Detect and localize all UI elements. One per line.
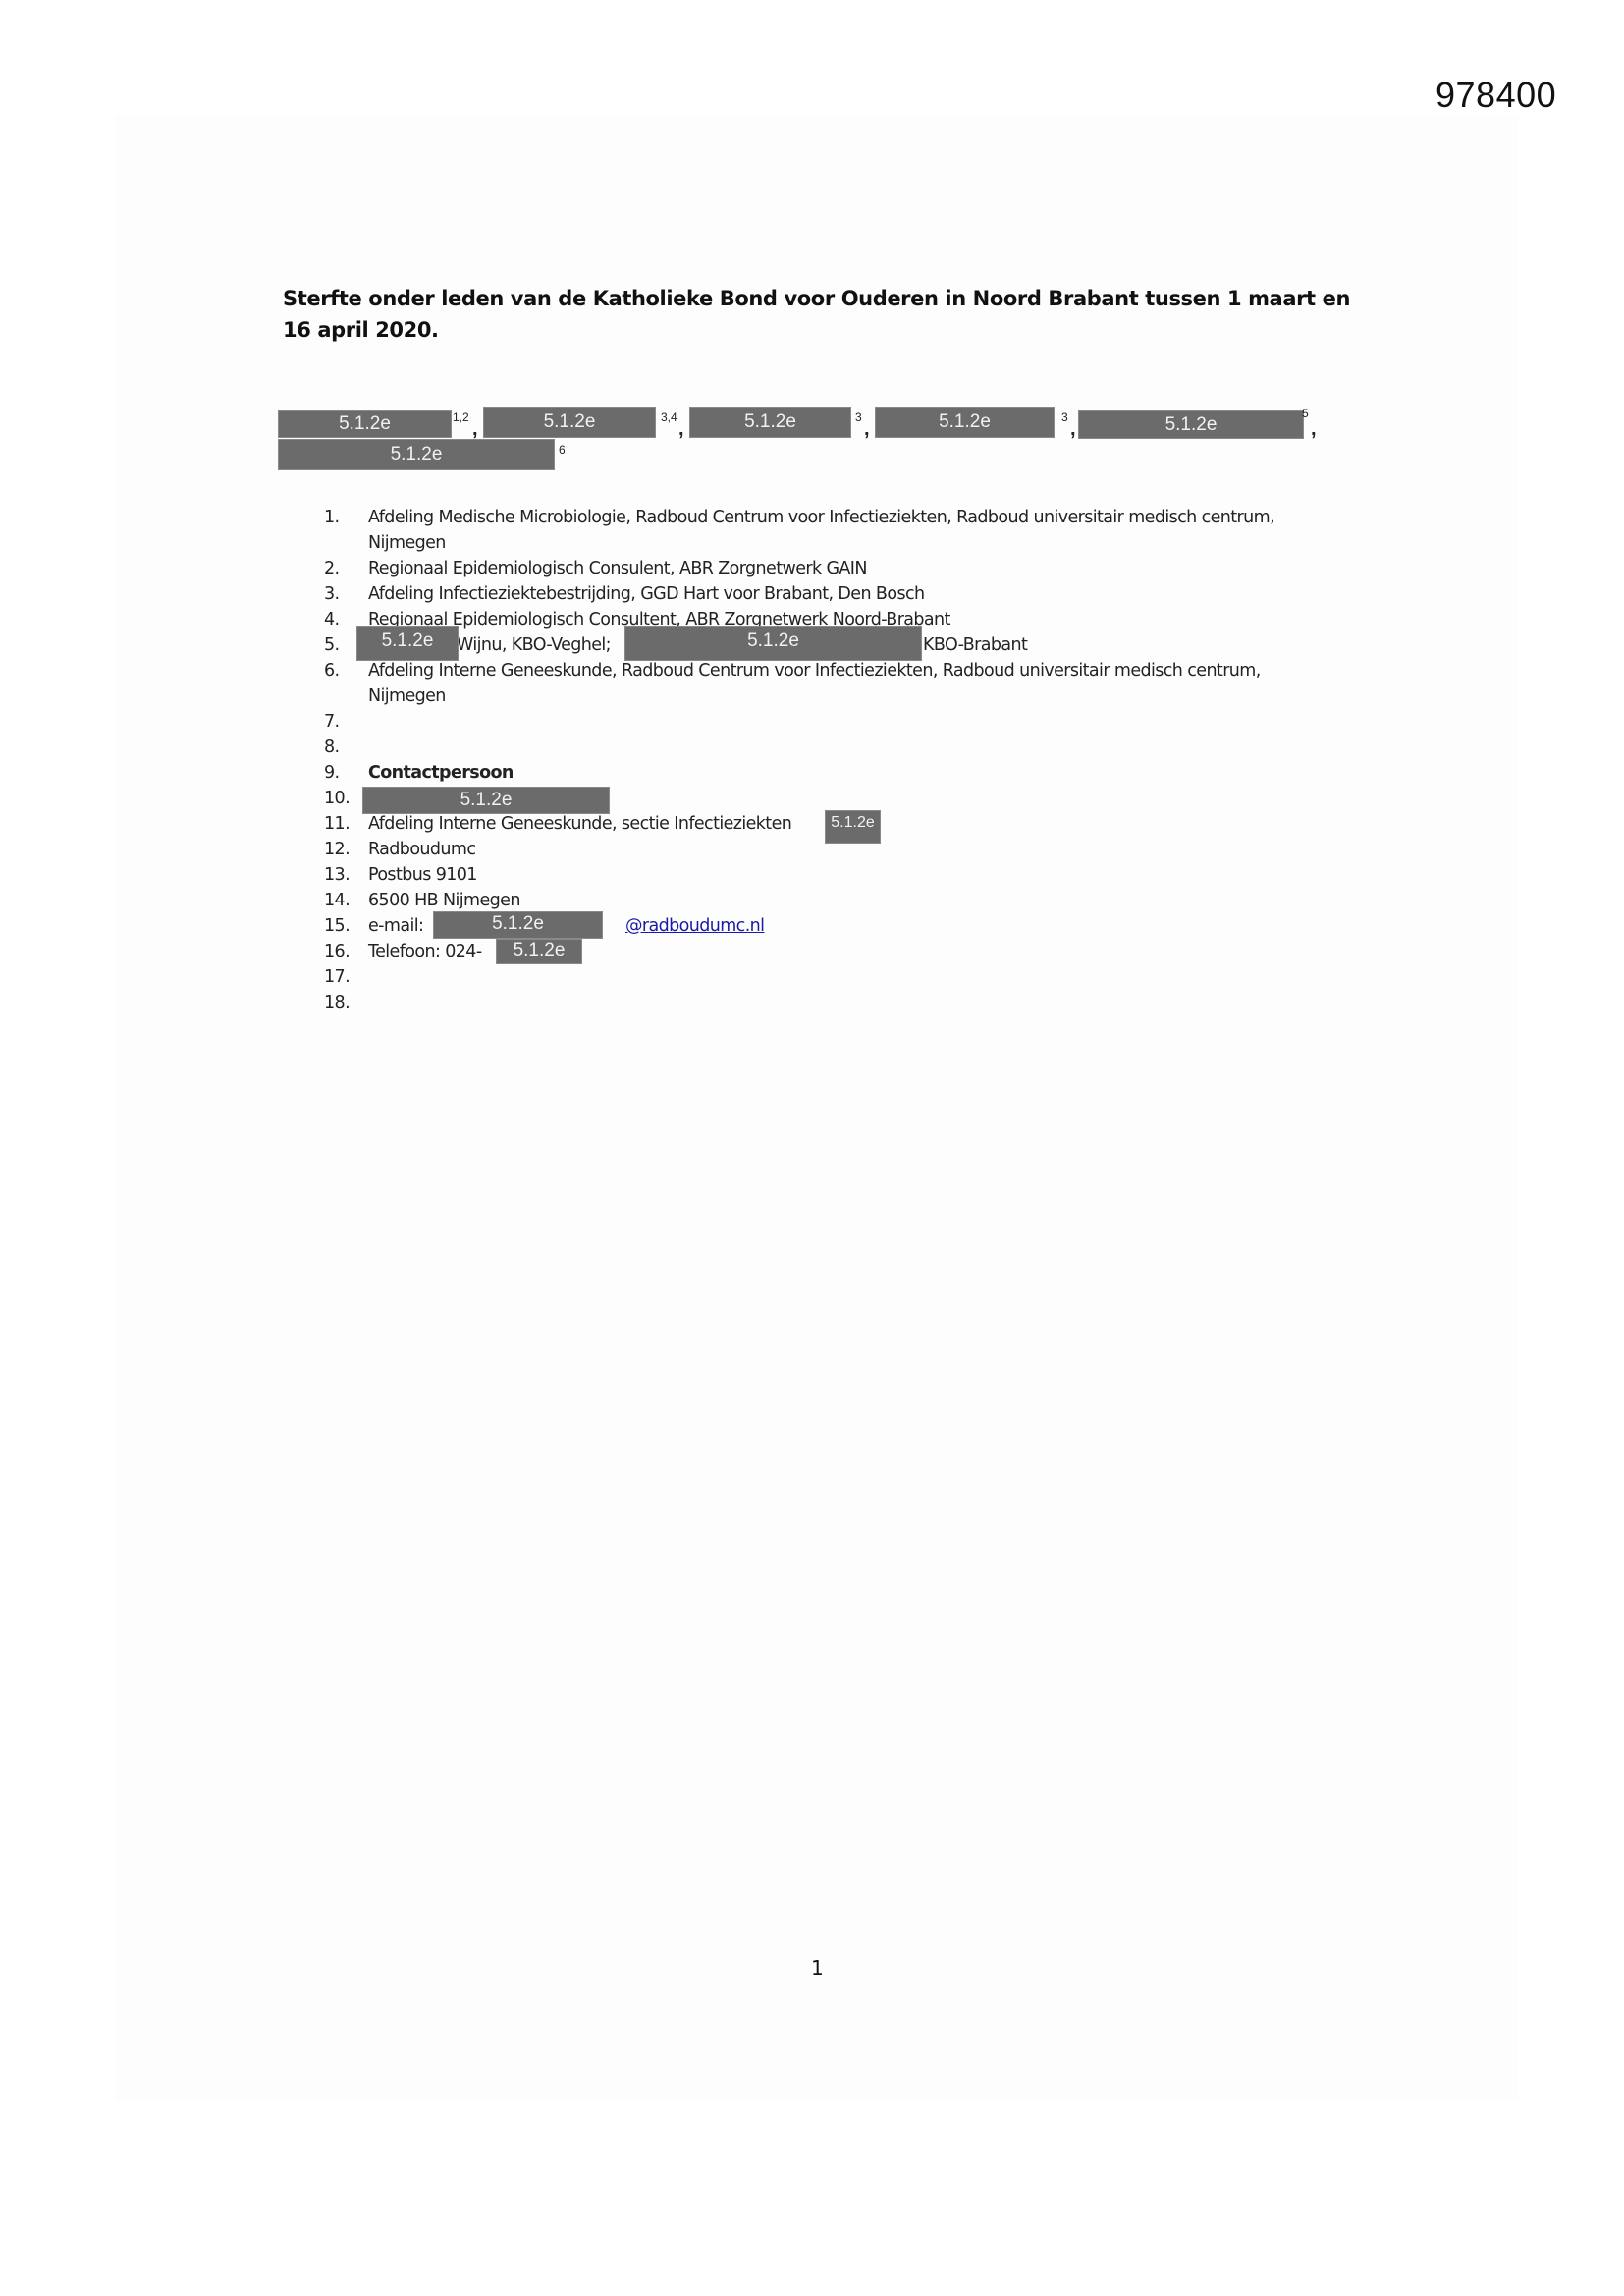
author-4-affiliation: 3 [1061, 410, 1068, 424]
redacted-author-2: 5.1.2e [483, 407, 656, 438]
redacted-author-4: 5.1.2e [875, 407, 1055, 438]
document-id: 978400 [1435, 75, 1556, 116]
author-1-affiliation: 1,2 [453, 410, 469, 424]
author-3-affiliation: 3 [855, 410, 862, 424]
author-separator: , [678, 418, 684, 441]
author-separator: , [864, 418, 870, 441]
author-separator: , [472, 418, 478, 441]
author-5-affiliation: 5 [1302, 407, 1309, 420]
author-separator: , [1311, 418, 1317, 441]
document-title: Sterfte onder leden van de Katholieke Bo… [283, 283, 1353, 346]
redacted-item-11: 5.1.2e [825, 810, 881, 844]
redacted-email-user: 5.1.2e [433, 911, 603, 939]
email-domain-link[interactable]: @radboudumc.nl [625, 913, 764, 939]
redacted-contact-name: 5.1.2e [362, 787, 610, 814]
author-6-affiliation: 6 [559, 443, 566, 457]
redacted-name-item-5b: 5.1.2e [624, 626, 922, 661]
redacted-author-1: 5.1.2e [278, 410, 452, 438]
author-separator: , [1070, 418, 1076, 441]
redacted-author-3: 5.1.2e [689, 407, 851, 438]
redacted-author-5: 5.1.2e [1078, 410, 1304, 439]
contact-heading: Contactpersoon [368, 760, 514, 786]
page-number: 1 [811, 1956, 824, 1980]
redacted-author-6: 5.1.2e [278, 439, 555, 470]
redacted-phone: 5.1.2e [496, 939, 582, 964]
author-2-affiliation: 3,4 [661, 410, 677, 424]
redacted-name-item-5a: 5.1.2e [356, 626, 459, 661]
